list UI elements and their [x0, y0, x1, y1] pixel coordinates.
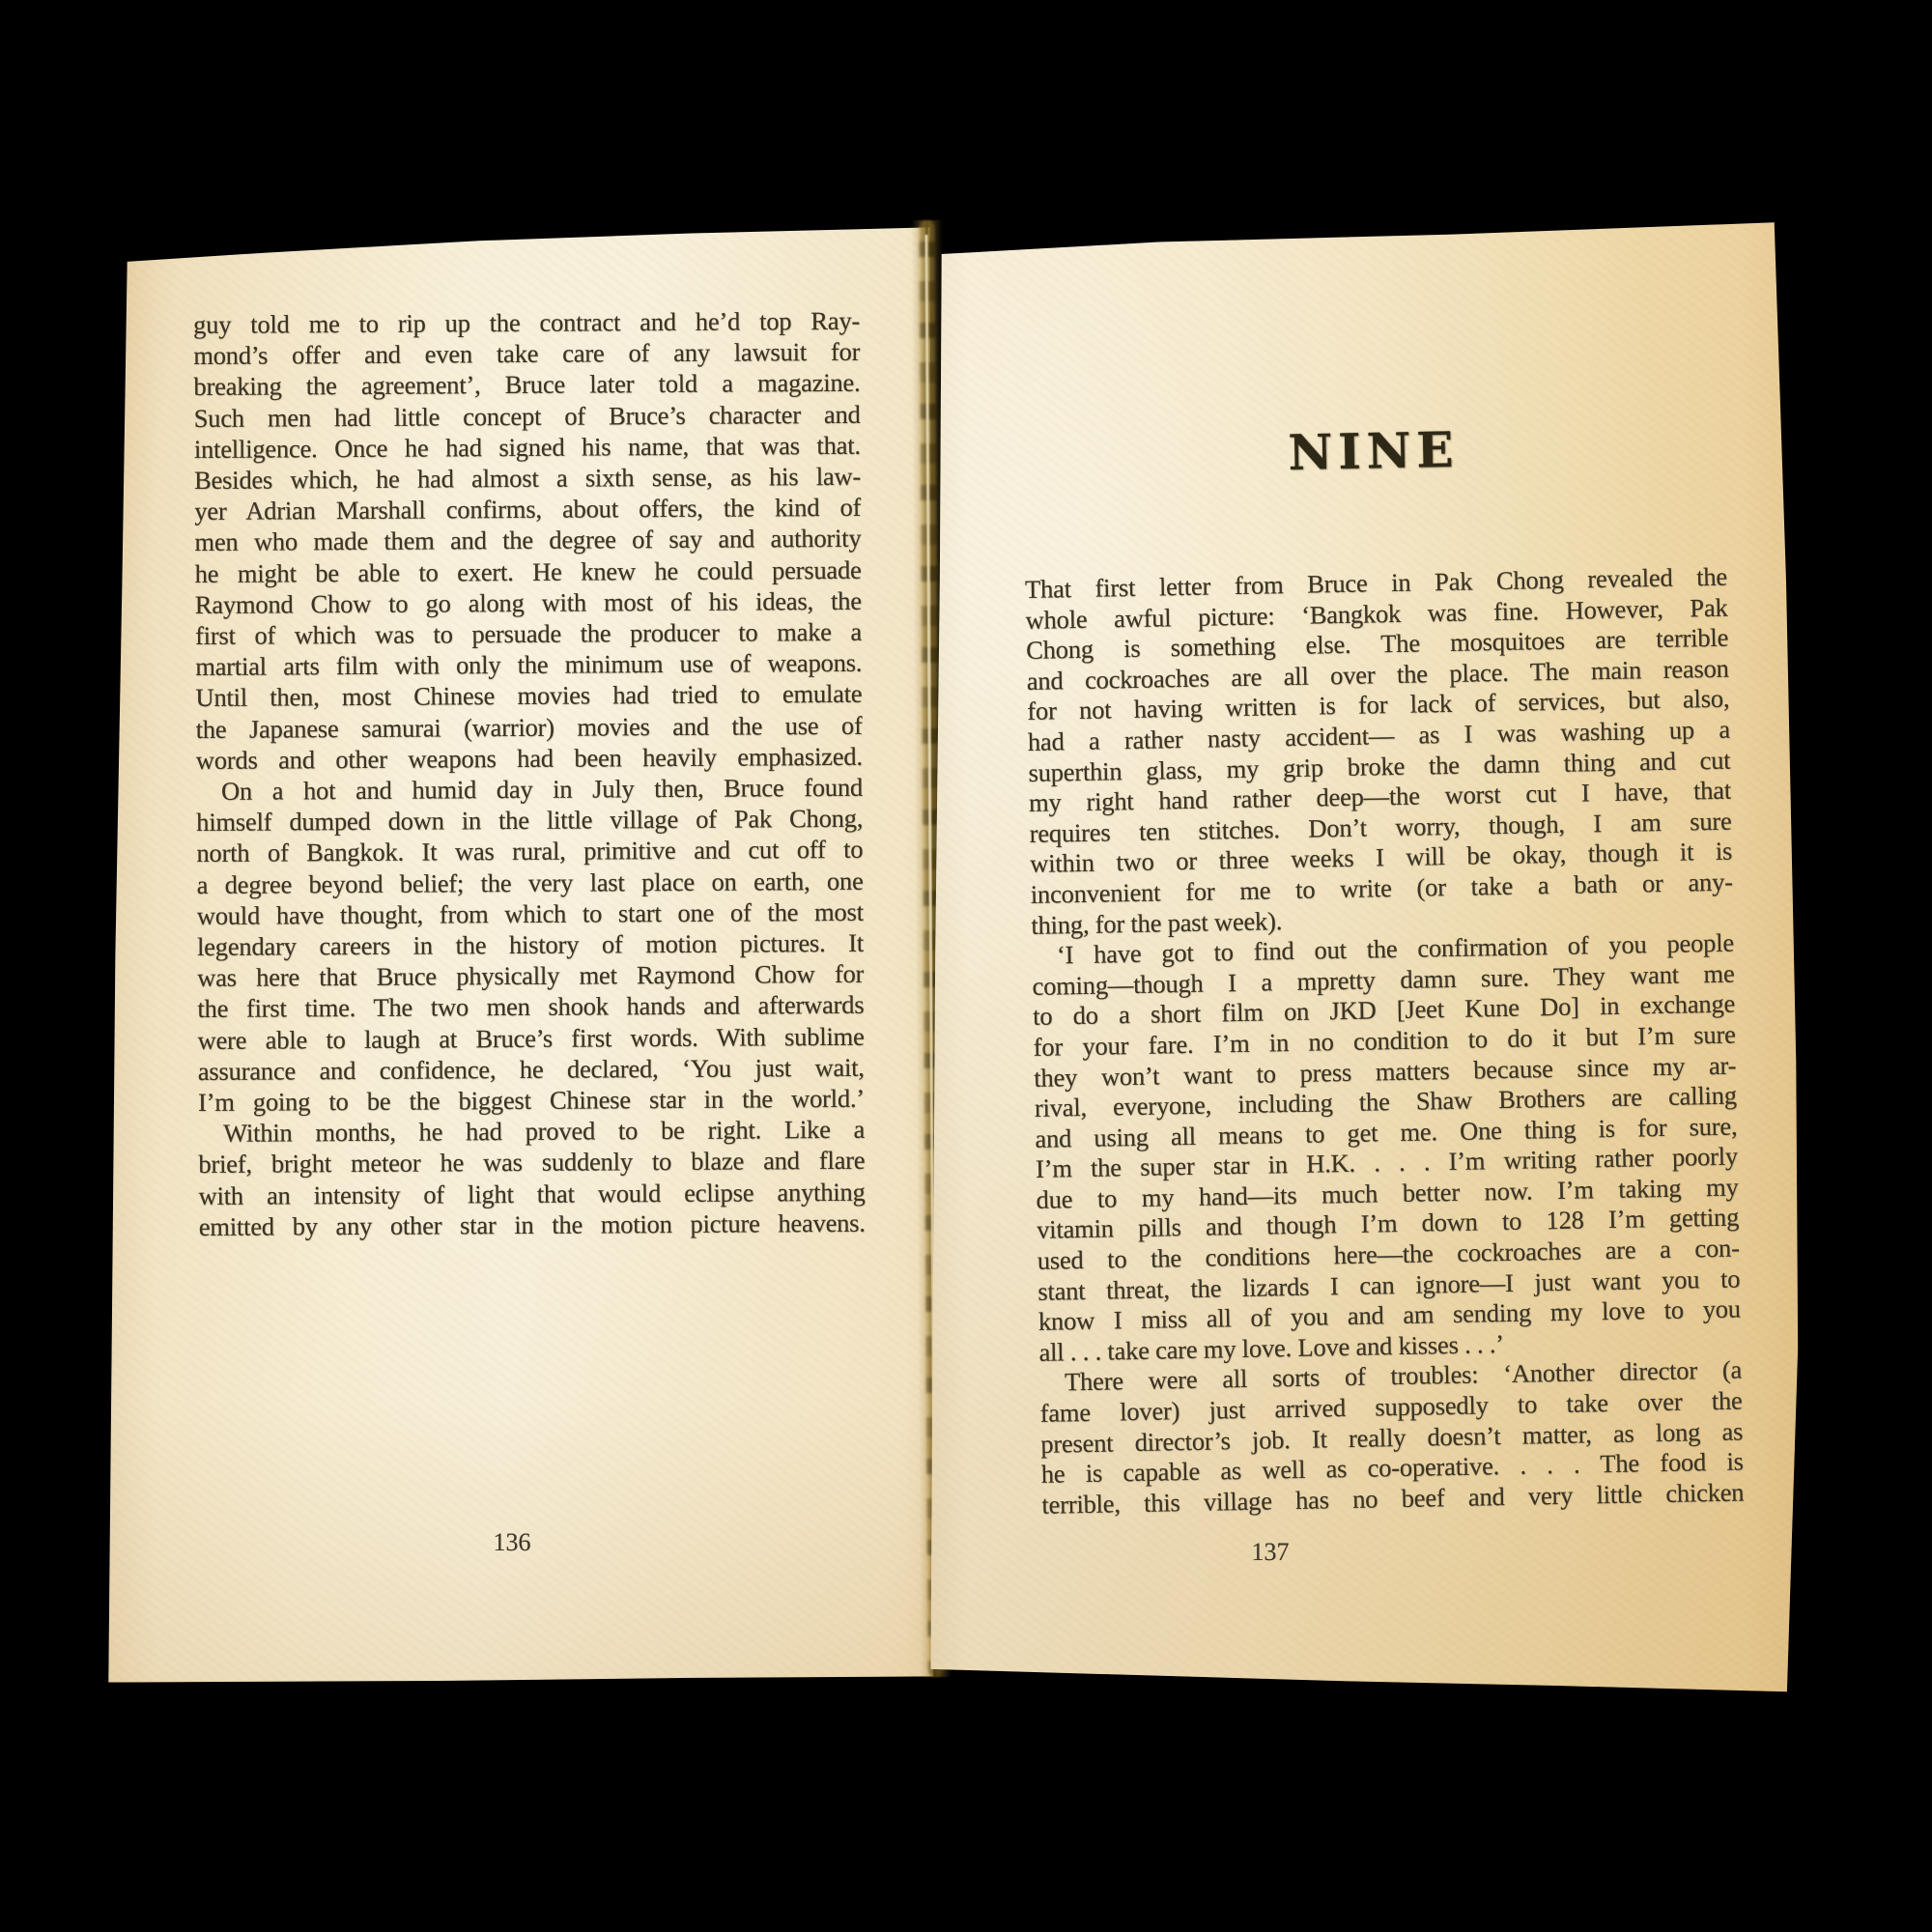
text-line: guy told me to rip up the contract and h… [193, 305, 860, 340]
right-page-content: NINE That first letter from Bruce in Pak… [1022, 415, 1745, 1521]
text-line: Raymond Chow to go along with most of hi… [195, 585, 862, 620]
text-line: a degree beyond belief; the very last pl… [197, 865, 864, 899]
right-page-number: 137 [1232, 1538, 1309, 1567]
text-line: On a hot and humid day in July then, Bru… [196, 772, 863, 807]
text-line: were able to laugh at Bruce’s first word… [198, 1020, 865, 1055]
text-line: intelligence. Once he had signed his nam… [194, 430, 861, 465]
text-line: words and other weapons had been heavily… [196, 741, 863, 776]
right-page-text: That first letter from Bruce in Pak Chon… [1025, 562, 1745, 1521]
text-line: assurance and confidence, he declared, ‘… [198, 1052, 865, 1087]
text-line: he might be able to exert. He knew he co… [195, 554, 862, 588]
text-line: I’m going to be the biggest Chinese star… [198, 1083, 865, 1118]
chapter-heading: NINE [1022, 415, 1725, 488]
text-line: mond’s offer and even take care of any l… [193, 336, 860, 371]
text-line: the Japanese samurai (warrior) movies an… [196, 709, 863, 744]
left-page-text: guy told me to rip up the contract and h… [193, 305, 866, 1242]
text-line: martial arts film with only the minimum … [195, 647, 862, 682]
left-page-number: 136 [473, 1528, 551, 1557]
text-line: with an intensity of light that would ec… [199, 1176, 866, 1210]
text-line: Besides which, he had almost a sixth sen… [194, 461, 861, 496]
left-page: guy told me to rip up the contract and h… [97, 213, 947, 1700]
text-line: Such men had little concept of Bruce’s c… [194, 398, 861, 433]
text-line: men who made them and the degree of say … [194, 523, 861, 557]
text-line: Until then, most Chinese movies had trie… [195, 678, 862, 713]
text-line: himself dumped down in the little villag… [196, 803, 863, 838]
text-line: the first time. The two men shook hands … [197, 989, 864, 1024]
text-line: yer Adrian Marshall confirms, about offe… [194, 492, 861, 526]
right-page: NINE That first letter from Bruce in Pak… [923, 203, 1831, 1710]
text-line: emitted by any other star in the motion … [199, 1207, 866, 1242]
text-line: was here that Bruce physically met Raymo… [197, 958, 864, 993]
text-line: brief, bright meteor he was suddenly to … [198, 1145, 865, 1179]
text-line: north of Bangkok. It was rural, primitiv… [196, 834, 863, 868]
text-line: first of which was to persuade the produ… [195, 616, 862, 651]
text-line: breaking the agreement’, Bruce later tol… [193, 367, 860, 402]
text-line: Within months, he had proved to be right… [198, 1114, 865, 1149]
text-line: legendary careers in the history of moti… [197, 927, 864, 962]
text-line: would have thought, from which to start … [197, 896, 864, 931]
book-spread-photo: guy told me to rip up the contract and h… [0, 0, 1932, 1932]
